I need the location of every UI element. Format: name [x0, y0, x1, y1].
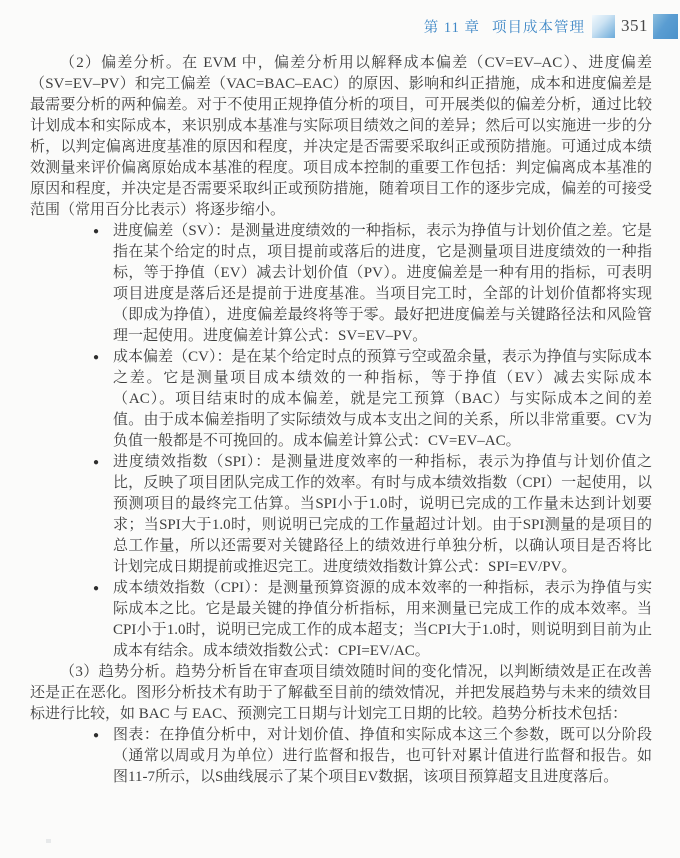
list-item-charts: ● 图表：在挣值分析中，对计划价值、挣值和实际成本这三个参数，既可以分阶段（通常…	[93, 725, 652, 788]
paragraph-variance-analysis: （2）偏差分析。在 EVM 中，偏差分析用以解释成本偏差（CV=EV–AC）、进…	[30, 53, 652, 221]
page-number: 351	[621, 16, 648, 36]
chapter-name: 项目成本管理	[492, 20, 585, 36]
list-item-text: 进度偏差（SV）：是测量进度绩效的一种指标，表示为挣值与计划价值之差。它是指在某…	[113, 221, 652, 347]
list-item-schedule-variance: ● 进度偏差（SV）：是测量进度绩效的一种指标，表示为挣值与计划价值之差。它是指…	[93, 221, 652, 347]
list-item-spi: ● 进度绩效指数（SPI）：是测量进度效率的一种指标，表示为挣值与计划价值之比，…	[93, 452, 652, 578]
page-body: （2）偏差分析。在 EVM 中，偏差分析用以解释成本偏差（CV=EV–AC）、进…	[30, 53, 652, 788]
header-corner-square-icon	[653, 14, 678, 39]
running-head: 第 11 章项目成本管理	[424, 16, 585, 37]
bullet-icon: ●	[93, 452, 113, 578]
list-item-text: 成本绩效指数（CPI）：是测量预算资源的成本效率的一种指标，表示为挣值与实际成本…	[113, 578, 652, 662]
header-gradient-square-icon	[592, 15, 615, 38]
paragraph-trend-analysis: （3）趋势分析。趋势分析旨在审查项目绩效随时间的变化情况，以判断绩效是正在改善还…	[30, 662, 652, 725]
list-item-cpi: ● 成本绩效指数（CPI）：是测量预算资源的成本效率的一种指标，表示为挣值与实际…	[93, 578, 652, 662]
book-page: 第 11 章项目成本管理 351 （2）偏差分析。在 EVM 中，偏差分析用以解…	[0, 0, 680, 858]
chapter-number: 第 11 章	[424, 20, 480, 36]
list-item-text: 成本偏差（CV）：是在某个给定时点的预算亏空或盈余量，表示为挣值与实际成本之差。…	[113, 347, 652, 452]
page-header: 第 11 章项目成本管理 351	[0, 13, 678, 39]
bullet-icon: ●	[93, 347, 113, 452]
list-item-text: 进度绩效指数（SPI）：是测量进度效率的一种指标，表示为挣值与计划价值之比，反映…	[113, 452, 652, 578]
bullet-icon: ●	[93, 725, 113, 788]
list-item-cost-variance: ● 成本偏差（CV）：是在某个给定时点的预算亏空或盈余量，表示为挣值与实际成本之…	[93, 347, 652, 452]
bullet-icon: ●	[93, 221, 113, 347]
bullet-icon: ●	[93, 578, 113, 662]
scan-artifact-dot	[46, 839, 51, 843]
list-item-text: 图表：在挣值分析中，对计划价值、挣值和实际成本这三个参数，既可以分阶段（通常以周…	[113, 725, 652, 788]
